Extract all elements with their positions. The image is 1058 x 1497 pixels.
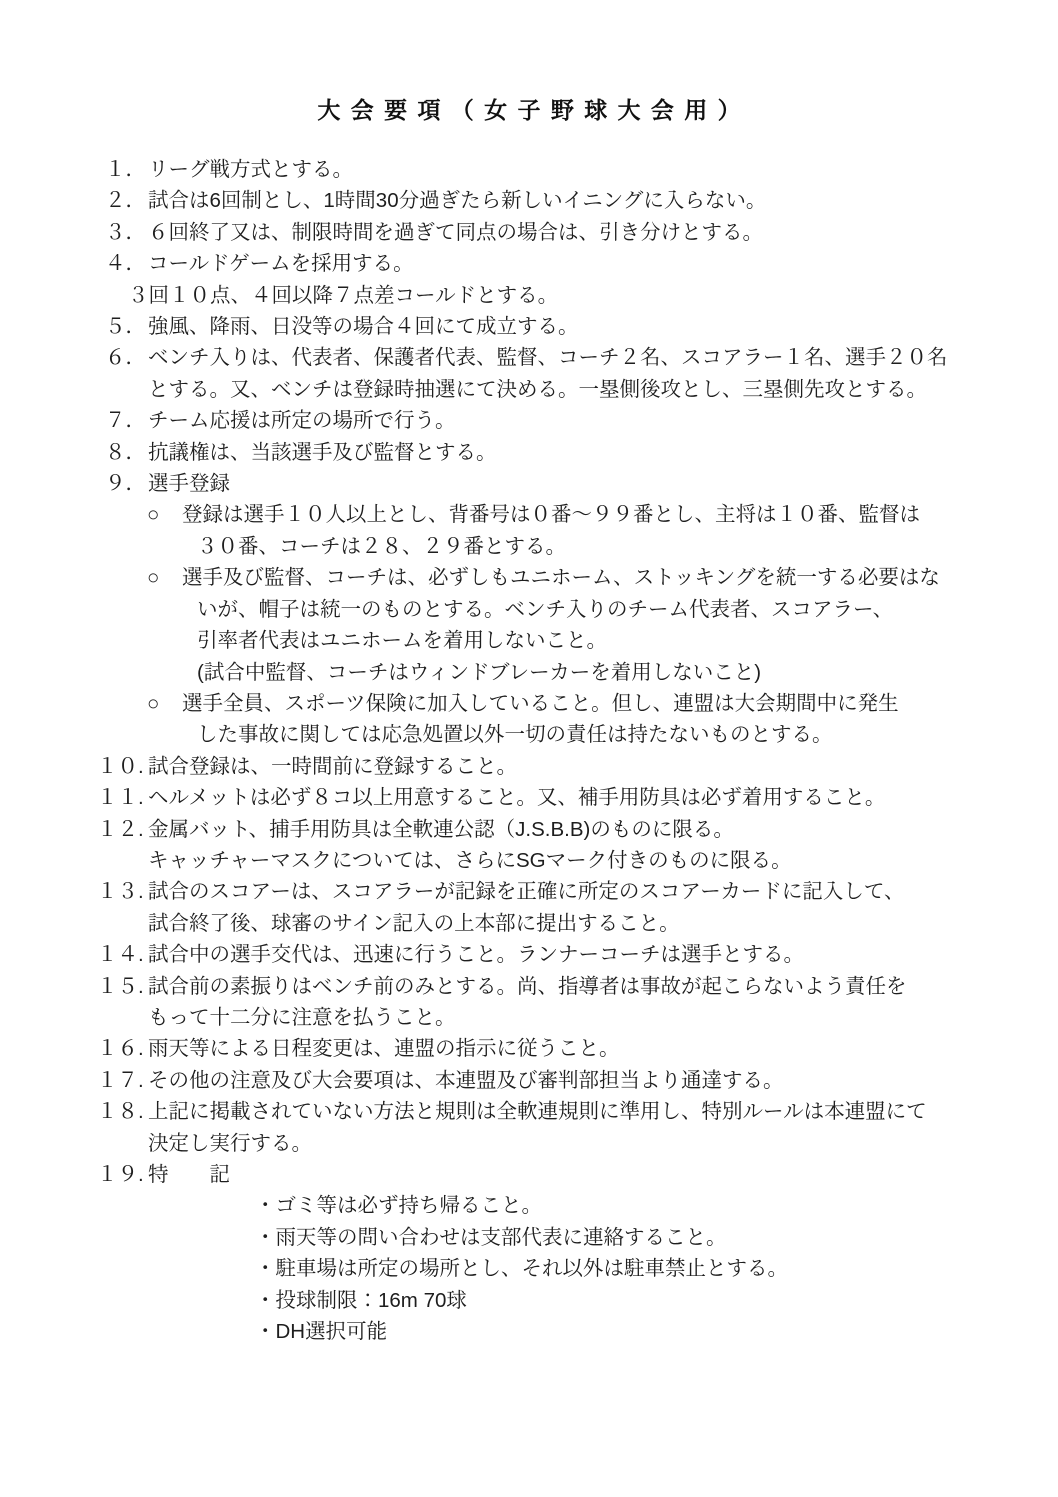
circle-bullet-marker: ○ [147, 688, 182, 719]
sub-bullet-continuation: 引率者代表はユニホームを着用しないこと。 [97, 625, 1027, 656]
rule-continuation: 試合終了後、球審のサイン記入の上本部に提出すること。 [97, 908, 1027, 939]
rule-number: １９. [97, 1159, 148, 1190]
sub-bullet: ○登録は選手１０人以上とし、背番号は０番～９９番とし、主将は１０番、監督は [97, 499, 1027, 530]
rule-item: ５．強風、降雨、日没等の場合４回にて成立する。 [97, 311, 1027, 342]
document-page: 大会要項（女子野球大会用） １．リーグ戦方式とする。２．試合は6回制とし、1時間… [0, 0, 1058, 1497]
rule-text: コールドゲームを採用する。 [148, 252, 414, 275]
rule-item: １７.その他の注意及び大会要項は、本連盟及び審判部担当より通達する。 [97, 1065, 1027, 1096]
circle-bullet-marker: ○ [147, 562, 182, 593]
sub-bullet: ○選手及び監督、コーチは、必ずしもユニホーム、ストッキングを統一する必要はな [97, 562, 1027, 593]
rule-item: ６．ベンチ入りは、代表者、保護者代表、監督、コーチ２名、スコアラー１名、選手２０… [97, 342, 1027, 373]
rule-item: ３．６回終了又は、制限時間を過ぎて同点の場合は、引き分けとする。 [97, 217, 1027, 248]
rule-number: １８. [97, 1096, 148, 1127]
rule-continuation: キャッチャーマスクについては、さらにSGマーク付きのものに限る。 [97, 845, 1027, 876]
rule-text: 試合登録は、一時間前に登録すること。 [148, 755, 517, 778]
rule-number: １７. [97, 1065, 148, 1096]
rule-number: １５. [97, 971, 148, 1002]
rule-item: ７．チーム応援は所定の場所で行う。 [97, 405, 1027, 436]
rule-continuation: もって十二分に注意を払うこと。 [97, 1002, 1027, 1033]
circle-bullet-marker: ○ [147, 499, 182, 530]
rule-text: ６回終了又は、制限時間を過ぎて同点の場合は、引き分けとする。 [148, 221, 763, 244]
rule-text: 強風、降雨、日没等の場合４回にて成立する。 [148, 315, 579, 338]
rule-item: １２.金属バット、捕手用防具は全軟連公認（J.S.B.B)のものに限る。 [97, 814, 1027, 845]
rules-list: １．リーグ戦方式とする。２．試合は6回制とし、1時間30分過ぎたら新しいイニング… [97, 154, 1027, 1347]
rule-item: １３.試合のスコアーは、スコアラーが記録を正確に所定のスコアーカードに記入して、 [97, 876, 1027, 907]
note-item: ・DH選択可能 [97, 1316, 1027, 1347]
rule-text: 金属バット、捕手用防具は全軟連公認（J.S.B.B)のものに限る。 [148, 818, 734, 841]
rule-text: その他の注意及び大会要項は、本連盟及び審判部担当より通達する。 [148, 1069, 784, 1092]
rule-text: 試合中の選手交代は、迅速に行うこと。ランナーコーチは選手とする。 [148, 943, 804, 966]
rule-text: リーグ戦方式とする。 [148, 158, 353, 181]
page-title: 大会要項（女子野球大会用） [0, 92, 1058, 125]
rule-text: ベンチ入りは、代表者、保護者代表、監督、コーチ２名、スコアラー１名、選手２０名 [148, 346, 948, 369]
rule-item: ８．抗議権は、当該選手及び監督とする。 [97, 437, 1027, 468]
rule-number: １． [97, 154, 148, 185]
rule-item: １６.雨天等による日程変更は、連盟の指示に従うこと。 [97, 1033, 1027, 1064]
rule-number: １３. [97, 876, 148, 907]
rule-number: ４． [97, 248, 148, 279]
rule-number: １６. [97, 1033, 148, 1064]
note-item: ・ゴミ等は必ず持ち帰ること。 [97, 1190, 1027, 1221]
sub-bullet-continuation: した事故に関しては応急処置以外一切の責任は持たないものとする。 [97, 719, 1027, 750]
rule-continuation: ３回１０点、４回以降７点差コールドとする。 [97, 280, 1027, 311]
rule-item: ４．コールドゲームを採用する。 [97, 248, 1027, 279]
rule-item: １４.試合中の選手交代は、迅速に行うこと。ランナーコーチは選手とする。 [97, 939, 1027, 970]
rule-text: 試合前の素振りはベンチ前のみとする。尚、指導者は事故が起こらないよう責任を [148, 975, 907, 998]
rule-item: １８.上記に掲載されていない方法と規則は全軟連規則に準用し、特別ルールは本連盟に… [97, 1096, 1027, 1127]
sub-bullet-continuation: いが、帽子は統一のものとする。ベンチ入りのチーム代表者、スコアラー、 [97, 594, 1027, 625]
rule-item: １．リーグ戦方式とする。 [97, 154, 1027, 185]
note-item: ・投球制限：16m 70球 [97, 1285, 1027, 1316]
rule-item: １５.試合前の素振りはベンチ前のみとする。尚、指導者は事故が起こらないよう責任を [97, 971, 1027, 1002]
rule-text: チーム応援は所定の場所で行う。 [148, 409, 456, 432]
rule-item: １９.特 記 [97, 1159, 1027, 1190]
rule-text: 試合は6回制とし、1時間30分過ぎたら新しいイニングに入らない。 [148, 189, 766, 212]
rule-number: １１. [97, 782, 148, 813]
rule-text: 雨天等による日程変更は、連盟の指示に従うこと。 [148, 1037, 620, 1060]
sub-bullet-text: 選手全員、スポーツ保険に加入していること。但し、連盟は大会期間中に発生 [182, 692, 899, 715]
rule-text: 選手登録 [148, 472, 230, 495]
sub-bullet-text: 選手及び監督、コーチは、必ずしもユニホーム、ストッキングを統一する必要はな [182, 566, 940, 589]
rule-number: １２. [97, 814, 148, 845]
rule-number: ７． [97, 405, 148, 436]
rule-item: １０.試合登録は、一時間前に登録すること。 [97, 751, 1027, 782]
note-item: ・駐車場は所定の場所とし、それ以外は駐車禁止とする。 [97, 1253, 1027, 1284]
rule-item: １１.ヘルメットは必ず８コ以上用意すること。又、補手用防具は必ず着用すること。 [97, 782, 1027, 813]
rule-number: ２． [97, 185, 148, 216]
rule-item: ２．試合は6回制とし、1時間30分過ぎたら新しいイニングに入らない。 [97, 185, 1027, 216]
rule-text: 特 記 [148, 1163, 230, 1186]
rule-number: ６． [97, 342, 148, 373]
rule-item: ９．選手登録 [97, 468, 1027, 499]
rule-number: ５． [97, 311, 148, 342]
rule-number: ３． [97, 217, 148, 248]
rule-number: ８． [97, 437, 148, 468]
sub-bullet-text: 登録は選手１０人以上とし、背番号は０番～９９番とし、主将は１０番、監督は [182, 503, 920, 526]
rule-continuation: 決定し実行する。 [97, 1128, 1027, 1159]
sub-bullet: ○選手全員、スポーツ保険に加入していること。但し、連盟は大会期間中に発生 [97, 688, 1027, 719]
note-item: ・雨天等の問い合わせは支部代表に連絡すること。 [97, 1222, 1027, 1253]
sub-bullet-continuation: ３０番、コーチは２８、２９番とする。 [97, 531, 1027, 562]
rule-text: 抗議権は、当該選手及び監督とする。 [148, 441, 497, 464]
rule-number: １４. [97, 939, 148, 970]
rule-continuation: とする。又、ベンチは登録時抽選にて決める。一塁側後攻とし、三塁側先攻とする。 [97, 374, 1027, 405]
sub-bullet-continuation: (試合中監督、コーチはウィンドブレーカーを着用しないこと) [97, 657, 1027, 688]
rule-number: １０. [97, 751, 148, 782]
rule-text: 試合のスコアーは、スコアラーが記録を正確に所定のスコアーカードに記入して、 [148, 880, 904, 903]
rule-text: 上記に掲載されていない方法と規則は全軟連規則に準用し、特別ルールは本連盟にて [148, 1100, 927, 1123]
rule-text: ヘルメットは必ず８コ以上用意すること。又、補手用防具は必ず着用すること。 [148, 786, 885, 809]
rule-number: ９． [97, 468, 148, 499]
